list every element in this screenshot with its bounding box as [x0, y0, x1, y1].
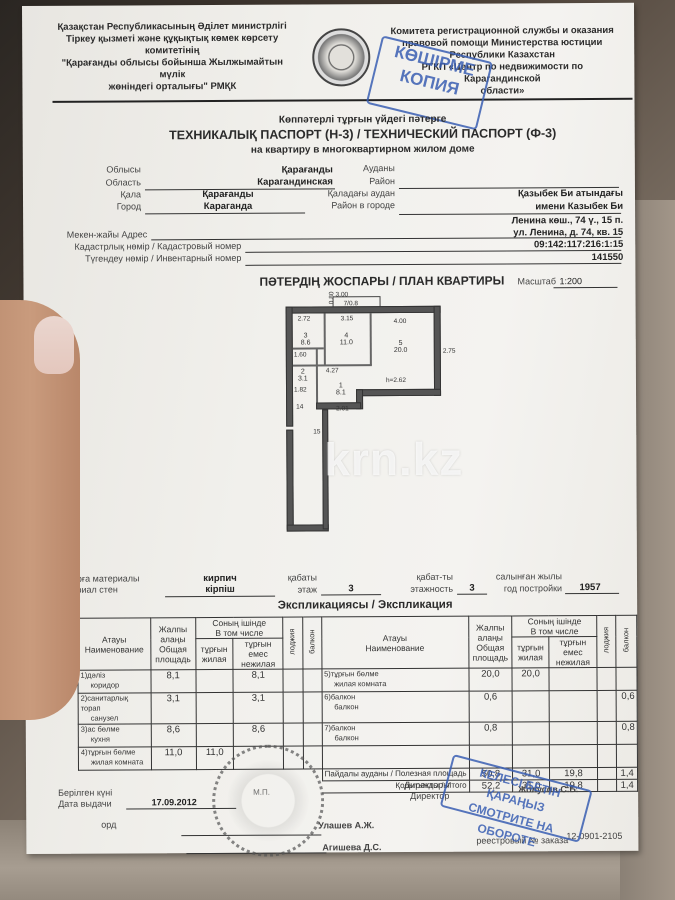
col-nonliving-header: тұрғын емеснежилая: [233, 638, 283, 669]
room-2-label: 23.1: [298, 369, 308, 383]
room-name-ru: [324, 746, 466, 747]
year-underline: [565, 593, 619, 594]
explication-table: АтауыНаименование ЖалпыалаңыОбщаяплощадь…: [77, 615, 638, 795]
header-text: нежилая: [551, 657, 594, 667]
kala-underline: [145, 213, 305, 215]
col-name-header-2: АтауыНаименование: [321, 616, 468, 669]
inner-wall: [316, 347, 318, 402]
room-name-kz: [324, 746, 466, 747]
col-balcony-header: балкон: [302, 617, 321, 669]
kala-kz-value: Қарағанды: [173, 189, 283, 201]
scale-underline: [553, 287, 617, 288]
room-name-kz: 3)ас бөлме: [81, 724, 149, 734]
area-loggia-cell: [284, 692, 303, 723]
room-1-label: 18.1: [336, 382, 346, 396]
table-row: 4)тұрғын бөлмежилая комната11,011,0: [78, 744, 637, 770]
area-living-cell: [196, 669, 234, 692]
inner-wall: [370, 313, 372, 365]
header-text: балкон: [307, 630, 317, 654]
col-loggia-header-2: лоджия: [597, 615, 616, 667]
fingernail: [34, 316, 74, 374]
area-living-cell: [196, 723, 234, 746]
area-total-cell: 3,1: [151, 693, 196, 724]
area-loggia-cell: [284, 723, 303, 746]
area-balcony-cell: [616, 667, 637, 690]
room-name-ru: жилая комната: [324, 679, 466, 690]
area-nonliving-cell: 8,1: [233, 669, 283, 692]
area-total-cell: 8,1: [151, 670, 196, 693]
floors-ru-label: этажность: [385, 584, 453, 594]
city-district-ru-value: имени Казыбек Би: [443, 201, 623, 213]
inner-wall: [324, 313, 326, 365]
area-living-cell: [512, 691, 549, 722]
area-balcony-cell: [302, 669, 321, 692]
total-loggia: [598, 779, 617, 791]
signer-1-name: Улашев А.Ж.: [318, 820, 374, 830]
col-incl-header-2: Соның ішіндеВ том числе: [512, 615, 597, 636]
header-left-line: жөніндегі орталығы" РМҚК: [52, 81, 292, 94]
header-text: Атауы: [80, 634, 148, 644]
title-sub-ru: на квартиру в многоквартирном жилом доме: [123, 143, 603, 157]
wall-top: [286, 306, 441, 314]
col-total-header: ЖалпыалаңыОбщаяплощадь: [150, 618, 195, 670]
area-balcony-cell: [617, 744, 638, 767]
floor-underline: [321, 594, 381, 595]
header-text: алаңы: [471, 632, 510, 642]
wall-material-ru-value: кирпич: [175, 573, 265, 584]
room-name-kz: 2)санитарлық торап: [81, 693, 149, 713]
header-text: В том числе: [515, 626, 595, 636]
header-text: лоджия: [288, 629, 298, 655]
area-total-cell: 8,6: [151, 724, 196, 747]
useful-loggia: [598, 767, 617, 779]
room-number: 3: [301, 332, 311, 339]
wall-bottom-right: [356, 389, 441, 396]
area-nonliving-cell: [549, 690, 597, 721]
technical-passport-document: Қазақстан Республикасының Әділет министр…: [22, 3, 638, 854]
header-left-line: "Қарағанды облысы бойынша Жылжымайтын мү…: [52, 57, 292, 82]
room-name-cell: 5)тұрғын бөлмежилая комната: [322, 668, 469, 692]
oblys-ru-value: Карагандинская: [173, 176, 333, 188]
inner-wall: [293, 347, 324, 349]
wall-right: [434, 306, 441, 396]
header-text: Жалпы: [153, 624, 193, 634]
header-text: площадь: [471, 652, 510, 662]
audan-kz-label: Ауданы: [323, 163, 395, 173]
address-kz-value: Ленина көш., 74 ү., 15 п.: [443, 215, 623, 227]
dim-label: 2.01: [336, 405, 349, 412]
oblys-kz-value: Қарағанды: [173, 164, 333, 176]
header-text: балкон: [621, 628, 631, 652]
area-loggia-cell: [283, 669, 302, 692]
room-number: 5: [394, 340, 408, 347]
kazakhstan-emblem-icon: [312, 28, 370, 86]
oblys-kz-label: Облысы: [63, 164, 141, 174]
room-4-label: 411.0: [340, 332, 353, 346]
room-number: 2: [298, 369, 308, 376]
header-text: лоджия: [601, 627, 611, 653]
address-label: Мекен-жайы Адрес: [33, 229, 147, 240]
issue-date-kz-label: Берілген күні: [58, 788, 112, 798]
header-text: Общая: [471, 642, 510, 652]
room-name-kz: 4)тұрғын бөлме: [81, 747, 149, 757]
col-name-header: АтауыНаименование: [78, 618, 151, 670]
useful-nonliving: 19,8: [549, 767, 597, 779]
room-name-ru: кухня: [81, 734, 149, 744]
oblys-ru-label: Область: [63, 177, 141, 187]
col-loggia-header: лоджия: [283, 617, 302, 669]
dim-label: 14: [296, 404, 303, 411]
room-name-cell: 2)санитарлық торапсанузел: [78, 693, 151, 724]
executor-label: орд: [101, 820, 116, 830]
dim-label: h=2.62: [386, 377, 406, 384]
floor-kz-label: қабаты: [265, 572, 317, 582]
kala-ru-value: Караганда: [173, 201, 283, 213]
area-nonliving-cell: [549, 721, 597, 744]
room-name-ru: санузел: [81, 713, 149, 723]
area-total-cell: 11,0: [151, 747, 196, 770]
area-total-cell: 20,0: [469, 668, 513, 691]
room-number: 1: [336, 382, 346, 389]
dim-label: 3.15: [341, 315, 354, 322]
scale-value: 1:200: [559, 276, 582, 286]
wall-left: [286, 307, 294, 427]
scale-label: Масштаб: [517, 276, 556, 286]
area-total-cell: 0,6: [469, 691, 513, 722]
table-row: 2)санитарлық торапсанузел3,13,16)балконб…: [78, 690, 637, 724]
city-district-ru-label: Район в городе: [313, 200, 395, 210]
room-area: 11.0: [340, 339, 353, 346]
room-number: 4: [340, 332, 353, 339]
city-district-kz-value: Қазыбек Би атындағы: [443, 188, 623, 200]
year-kz-label: салынған жылы: [490, 571, 562, 581]
header-left-line: Тіркеу қызметі және құқықтық көмек көрсе…: [52, 33, 292, 46]
year-value: 1957: [565, 582, 615, 593]
area-loggia-cell: [597, 690, 616, 721]
dim-label: 3.00: [335, 291, 348, 298]
room-name-cell: 7)балконбалкон: [322, 722, 469, 746]
floors-value: 3: [457, 583, 487, 594]
dim-label: 0.80: [328, 292, 335, 305]
area-balcony-cell: [303, 723, 322, 746]
header-text: тұрғын: [515, 642, 547, 652]
col-incl-header: Соның ішіндеВ том числе: [195, 617, 283, 638]
dim-label: 15: [313, 428, 320, 435]
inventory-underline: [245, 263, 621, 266]
header-text: жилая: [515, 652, 547, 662]
wall-stair-left: [286, 430, 294, 530]
header-text: нежилая: [235, 659, 280, 669]
table-row: 3)ас бөлмекухня8,68,67)балконбалкон0,80,…: [78, 721, 637, 747]
seal-text: М.П.: [253, 788, 270, 797]
room-area: 20.0: [394, 347, 408, 354]
dim-label: 4.00: [394, 318, 407, 325]
room-name-cell: 3)ас бөлмекухня: [78, 724, 151, 747]
explication-rows: 1)дәлізкоридор8,18,15)тұрғын бөлмежилая …: [78, 667, 638, 770]
dim-label: 2.75: [443, 348, 456, 355]
area-nonliving-cell: 3,1: [233, 692, 283, 723]
inventory-label: Түгендеу нөмір / Инвентарный номер: [63, 253, 241, 264]
kala-kz-label: Қала: [63, 189, 141, 199]
header-text: Жалпы: [471, 622, 510, 632]
room-name-cell: 4)тұрғын бөлмежилая комната: [78, 747, 151, 770]
room-name-ru: коридор: [81, 680, 149, 690]
area-nonliving-cell: 8,6: [233, 723, 283, 746]
area-nonliving-cell: [549, 744, 597, 767]
area-living-cell: [513, 745, 550, 768]
round-seal: М.П.: [212, 744, 325, 857]
kala-ru-label: Город: [63, 201, 141, 211]
room-name-cell: 1)дәлізкоридор: [78, 670, 151, 693]
table-row: 1)дәлізкоридор8,18,15)тұрғын бөлмежилая …: [78, 667, 637, 693]
area-living-cell: [513, 722, 550, 745]
floor-value: 3: [321, 583, 381, 594]
dim-label: 1.60: [294, 352, 307, 359]
wall-material-kz-value: кірпіш: [175, 584, 265, 595]
header-text: тұрғын емес: [551, 637, 594, 657]
col-total-header-2: ЖалпыалаңыОбщаяплощадь: [468, 616, 512, 668]
area-nonliving-cell: [549, 667, 597, 690]
header-text: Соның ішінде: [198, 618, 281, 628]
header-text: Наименование: [324, 642, 466, 653]
inner-wall: [293, 364, 372, 366]
cadastral-label: Кадастрлық нөмір / Кадастровый номер: [63, 241, 241, 252]
header-text: площадь: [153, 654, 193, 664]
room-3-label: 38.6: [301, 332, 311, 346]
krn-watermark: krn.kz: [324, 432, 463, 487]
dim-label: 1.82: [294, 387, 307, 394]
col-balcony-header-2: балкон: [616, 615, 637, 667]
area-balcony-cell: 0,8: [616, 721, 637, 744]
document-title: ТЕХНИКАЛЫҚ ПАСПОРТ (Н-3) / ТЕХНИЧЕСКИЙ П…: [123, 126, 603, 143]
room-name-kz: 1)дәліз: [80, 670, 148, 680]
room-area: 8.6: [301, 339, 311, 346]
area-balcony-cell: [303, 692, 322, 723]
audan-ru-label: Район: [323, 176, 395, 186]
header-text: тұрғын емес: [235, 639, 280, 659]
year-ru-label: год постройки: [490, 583, 562, 593]
director-kz-label: Директоры: [404, 780, 450, 790]
floor-ru-label: этаж: [265, 584, 317, 594]
header-text: тұрғын: [198, 644, 231, 654]
total-balcony: 1,4: [617, 779, 638, 791]
header-text: алаңы: [153, 634, 193, 644]
header-text: Соның ішінде: [515, 616, 595, 626]
explication-title: Экспликациясы / Экспликация: [125, 598, 605, 613]
floors-kz-label: қабат-ты: [385, 572, 453, 582]
header-text: жилая: [198, 654, 231, 664]
room-name-ru: жилая комната: [81, 757, 149, 767]
col-nonliving-header-2: тұрғын емеснежилая: [549, 636, 597, 667]
plan-title: ПӘТЕРДІҢ ЖОСПАРЫ / ПЛАН КВАРТИРЫ: [259, 273, 504, 288]
dim-label: 7/0.8: [344, 300, 359, 307]
area-balcony-cell: 0,6: [616, 690, 637, 721]
room-name-cell: [322, 745, 469, 769]
title-sub-kz: Көппәтерлі тұрғын үйдегі пәтерге: [123, 113, 603, 127]
col-living-header: тұрғынжилая: [195, 638, 233, 669]
issue-date-ru-label: Дата выдачи: [58, 799, 112, 809]
area-total-cell: 0,8: [469, 722, 513, 745]
floors-underline: [457, 594, 487, 595]
room-5-label: 520.0: [394, 340, 408, 354]
area-living-cell: 20,0: [512, 668, 549, 691]
header-divider: [52, 98, 632, 103]
room-area: 8.1: [336, 389, 346, 396]
room-name-ru: балкон: [324, 702, 466, 713]
dim-label: 4.27: [326, 367, 339, 374]
header-left-block: Қазақстан Республикасының Әділет министр…: [52, 21, 292, 94]
room-name-cell: 6)балконбалкон: [322, 691, 469, 723]
signer-2-name: Агишева Д.С.: [322, 842, 381, 852]
city-district-kz-label: Қаладағы аудан: [313, 188, 395, 198]
room-name-ru: балкон: [324, 733, 466, 744]
area-loggia-cell: [597, 744, 616, 767]
header-text: Наименование: [80, 644, 148, 654]
dim-label: 2.72: [298, 315, 311, 322]
area-loggia-cell: [597, 721, 616, 744]
wall-material-underline: [165, 596, 275, 598]
useful-balcony: 1,4: [617, 767, 638, 779]
header-text: Общая: [153, 644, 193, 654]
area-loggia-cell: [597, 667, 616, 690]
room-area: 3.1: [298, 376, 308, 383]
header-text: В том числе: [198, 628, 281, 638]
area-living-cell: [196, 692, 234, 723]
col-living-header-2: тұрғынжилая: [512, 637, 549, 668]
issue-date-value: 17.09.2012: [134, 797, 214, 807]
